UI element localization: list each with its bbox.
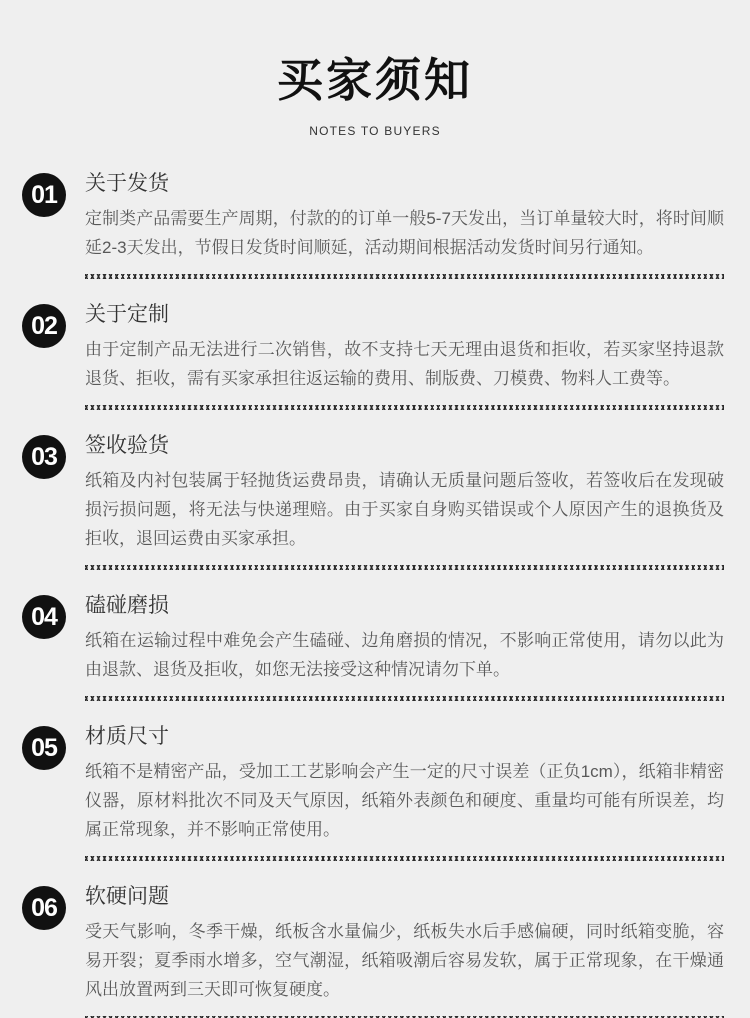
section-inspection: 03 签收验货 纸箱及内衬包装属于轻抛货运费昂贵，请确认无质量问题后签收，若签收… — [0, 434, 750, 553]
page-subtitle: NOTES TO BUYERS — [0, 124, 750, 138]
section-number: 03 — [31, 443, 57, 472]
section-number: 04 — [31, 603, 57, 632]
section-title: 关于定制 — [85, 303, 724, 327]
section-body: 受天气影响，冬季干燥，纸板含水量偏少，纸板失水后手感偏硬，同时纸箱变脆，容易开裂… — [85, 917, 724, 1004]
section-number: 05 — [31, 734, 57, 763]
section-content: 签收验货 纸箱及内衬包装属于轻抛货运费昂贵，请确认无质量问题后签收，若签收后在发… — [85, 434, 724, 553]
section-number-badge: 03 — [22, 435, 66, 479]
section-body: 纸箱在运输过程中难免会产生磕碰、边角磨损的情况，不影响正常使用，请勿以此为由退款… — [85, 626, 724, 684]
section-wear: 04 磕碰磨损 纸箱在运输过程中难免会产生磕碰、边角磨损的情况，不影响正常使用，… — [0, 594, 750, 684]
section-body: 定制类产品需要生产周期，付款的的订单一般5-7天发出，当订单量较大时，将时间顺延… — [85, 204, 724, 262]
section-title: 关于发货 — [85, 172, 724, 196]
section-content: 关于定制 由于定制产品无法进行二次销售，故不支持七天无理由退货和拒收，若买家坚持… — [85, 303, 724, 393]
section-number-badge: 02 — [22, 304, 66, 348]
section-body: 由于定制产品无法进行二次销售，故不支持七天无理由退货和拒收，若买家坚持退款退货、… — [85, 335, 724, 393]
section-title: 磕碰磨损 — [85, 594, 724, 618]
zigzag-divider — [85, 565, 724, 570]
section-number: 02 — [31, 312, 57, 341]
section-title: 软硬问题 — [85, 885, 724, 909]
section-material-size: 05 材质尺寸 纸箱不是精密产品，受加工工艺影响会产生一定的尺寸误差（正负1cm… — [0, 725, 750, 844]
section-content: 材质尺寸 纸箱不是精密产品，受加工工艺影响会产生一定的尺寸误差（正负1cm），纸… — [85, 725, 724, 844]
zigzag-divider — [85, 274, 724, 279]
section-number: 06 — [31, 894, 57, 923]
section-title: 签收验货 — [85, 434, 724, 458]
section-customization: 02 关于定制 由于定制产品无法进行二次销售，故不支持七天无理由退货和拒收，若买… — [0, 303, 750, 393]
section-number-badge: 05 — [22, 726, 66, 770]
section-body: 纸箱及内衬包装属于轻抛货运费昂贵，请确认无质量问题后签收，若签收后在发现破损污损… — [85, 466, 724, 553]
section-number: 01 — [31, 181, 57, 210]
zigzag-divider — [85, 405, 724, 410]
zigzag-divider — [85, 856, 724, 861]
section-content: 磕碰磨损 纸箱在运输过程中难免会产生磕碰、边角磨损的情况，不影响正常使用，请勿以… — [85, 594, 724, 684]
section-content: 关于发货 定制类产品需要生产周期，付款的的订单一般5-7天发出，当订单量较大时，… — [85, 172, 724, 262]
notice-sections: 01 关于发货 定制类产品需要生产周期，付款的的订单一般5-7天发出，当订单量较… — [0, 172, 750, 1018]
section-number-badge: 06 — [22, 886, 66, 930]
section-shipping: 01 关于发货 定制类产品需要生产周期，付款的的订单一般5-7天发出，当订单量较… — [0, 172, 750, 262]
section-body: 纸箱不是精密产品，受加工工艺影响会产生一定的尺寸误差（正负1cm），纸箱非精密仪… — [85, 757, 724, 844]
page-header: 买家须知 NOTES TO BUYERS — [0, 0, 750, 138]
section-hardness: 06 软硬问题 受天气影响，冬季干燥，纸板含水量偏少，纸板失水后手感偏硬，同时纸… — [0, 885, 750, 1004]
page-title: 买家须知 — [0, 54, 750, 106]
buyer-notice-page: 买家须知 NOTES TO BUYERS 01 关于发货 定制类产品需要生产周期… — [0, 0, 750, 1018]
section-number-badge: 01 — [22, 173, 66, 217]
section-content: 软硬问题 受天气影响，冬季干燥，纸板含水量偏少，纸板失水后手感偏硬，同时纸箱变脆… — [85, 885, 724, 1004]
section-title: 材质尺寸 — [85, 725, 724, 749]
zigzag-divider — [85, 696, 724, 701]
section-number-badge: 04 — [22, 595, 66, 639]
